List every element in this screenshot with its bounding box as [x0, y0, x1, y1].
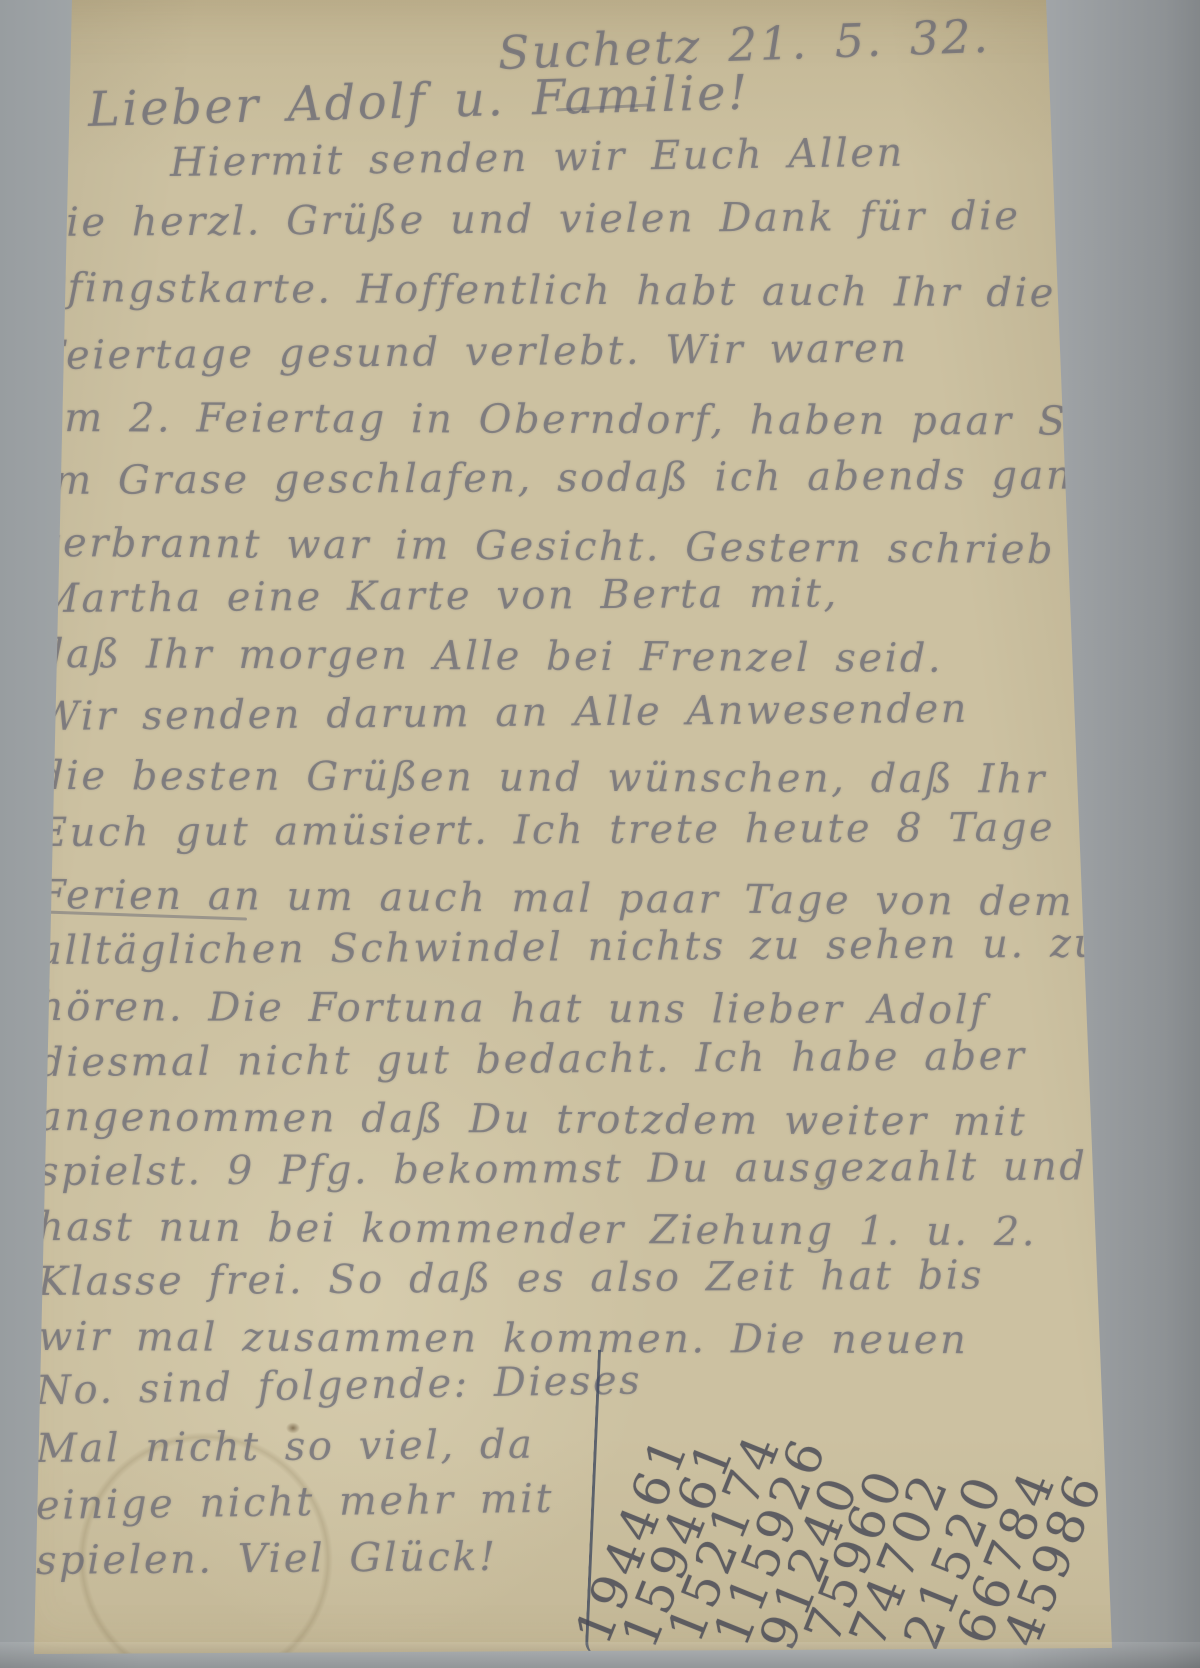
letter-line: Hiermit senden wir Euch Allen — [170, 130, 905, 186]
footer-line: No. sind folgende: Dieses — [36, 1357, 643, 1414]
letter-line: spielst. 9 Pfg. bekommst Du ausgezahlt u… — [38, 1144, 1088, 1195]
letter-line: die herzl. Grüße und vielen Dank für die — [38, 193, 1021, 246]
letter-line: daß Ihr morgen Alle bei Frenzel seid. — [38, 631, 943, 682]
letter-line: Wir senden darum an Alle Anwesenden — [38, 686, 969, 740]
footer-line: spielen. Viel Glück! — [36, 1534, 498, 1584]
lottery-numbers-block: 194461 159461 152174 115926 91240 75960 … — [616, 1362, 1102, 1660]
footer-line: Mal nicht so viel, da — [36, 1422, 535, 1472]
letter-line: hast nun bei kommender Ziehung 1. u. 2. — [38, 1204, 1037, 1255]
letter-line: angenommen daß Du trotzdem weiter mit — [38, 1094, 1027, 1145]
letter-line: Pfingstkarte. Hoffentlich habt auch Ihr … — [38, 265, 1056, 316]
letter-line: verbrannt war im Gesicht. Gestern schrie… — [38, 520, 1055, 573]
letter-line: Martha eine Karte von Berta mit, — [38, 570, 839, 622]
letter-line: Feiertage gesund verlebt. Wir waren — [38, 325, 909, 379]
photo-background: Suchetz 21. 5. 32. Lieber Adolf u. Famil… — [0, 0, 1200, 1668]
letter-line: alltäglichen Schwindel nichts zu sehen u… — [38, 921, 1102, 974]
letter-line: im Grase geschlafen, sodaß ich abends ga… — [38, 452, 1098, 504]
footer-line: einige nicht mehr mit — [36, 1476, 555, 1529]
letter-line: hören. Die Fortuna hat uns lieber Adolf — [38, 984, 987, 1033]
letter-line: Euch gut amüsiert. Ich trete heute 8 Tag… — [38, 805, 1055, 856]
letter-paper: Suchetz 21. 5. 32. Lieber Adolf u. Famil… — [0, 0, 1200, 1668]
letter-line: diesmal nicht gut bedacht. Ich habe aber — [38, 1033, 1027, 1086]
salutation: Lieber Adolf u. Familie! — [87, 65, 750, 138]
letter-line: die besten Grüßen und wünschen, daß Ihr — [38, 753, 1047, 803]
letter-line: am 2. Feiertag in Oberndorf, haben paar … — [38, 395, 1200, 445]
letter-line: Klasse frei. So daß es also Zeit hat bis — [38, 1252, 984, 1305]
letter-line: wir mal zusammen kommen. Die neuen — [38, 1314, 968, 1363]
